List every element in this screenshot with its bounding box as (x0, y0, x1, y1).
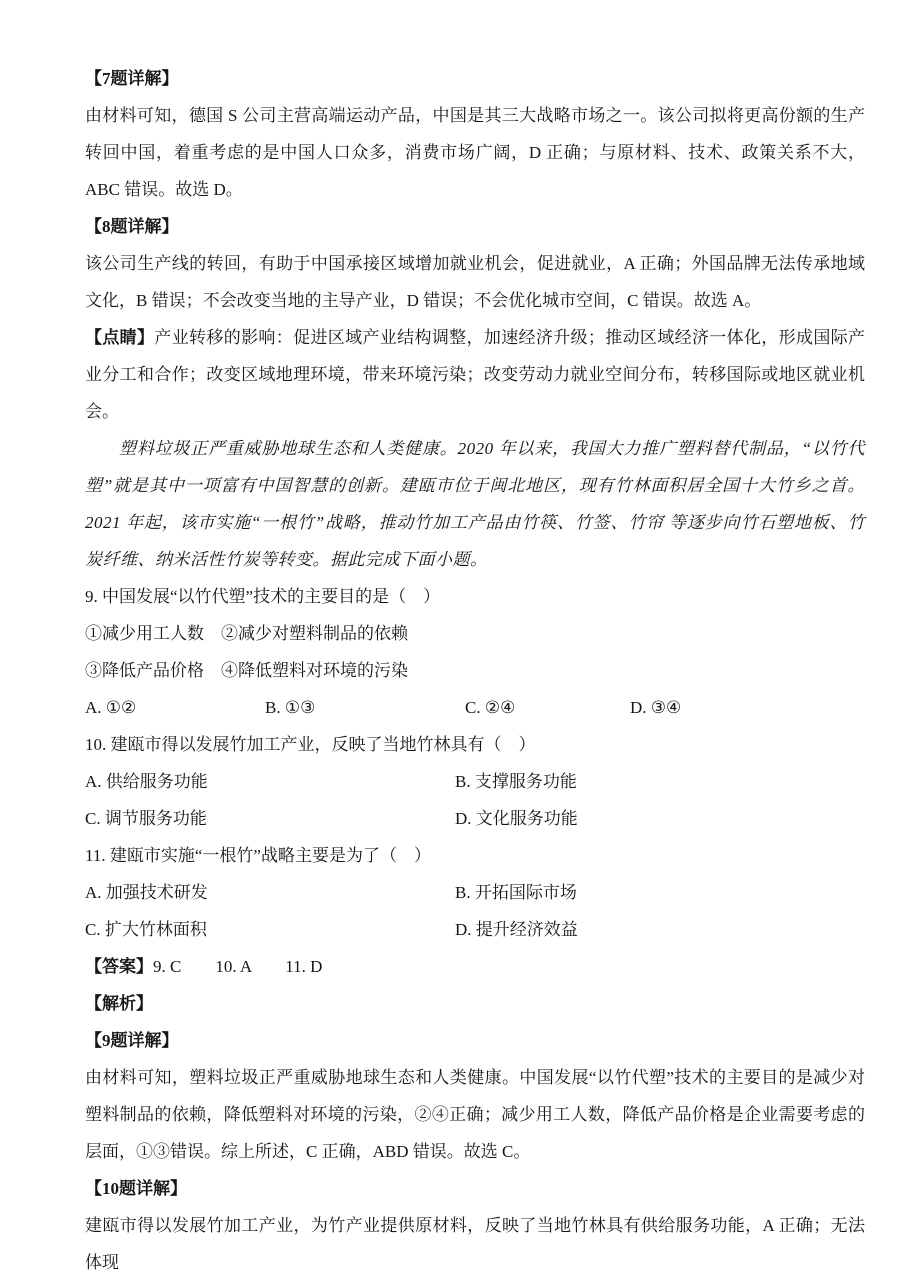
q11-option-c: C. 扩大竹林面积 (85, 911, 455, 948)
answer-line: 【答案】9. C 10. A 11. D (85, 948, 865, 985)
q10-explain-heading: 【10题详解】 (85, 1170, 865, 1207)
q9-options-row: A. ①②B. ①③C. ②④D. ③④ (85, 689, 865, 726)
q11-options-row-1: A. 加强技术研发B. 开拓国际市场 (85, 874, 865, 911)
q10-options-row-1: A. 供给服务功能B. 支撑服务功能 (85, 763, 865, 800)
q11-stem: 11. 建瓯市实施“一根竹”战略主要是为了（ ） (85, 837, 865, 874)
q11-options-row-2: C. 扩大竹林面积D. 提升经济效益 (85, 911, 865, 948)
exam-answer-page: 【7题详解】 由材料可知，德国 S 公司主营高端运动产品，中国是其三大战略市场之… (0, 0, 900, 1273)
q9-option-b: B. ①③ (265, 689, 465, 726)
q8-explain-heading: 【8题详解】 (85, 208, 865, 245)
q9-stem: 9. 中国发展“以竹代塑”技术的主要目的是（ ） (85, 578, 865, 615)
q7-explain-heading: 【7题详解】 (85, 60, 865, 97)
q10-explain-body: 建瓯市得以发展竹加工产业，为竹产业提供原材料，反映了当地竹林具有供给服务功能，A… (85, 1207, 865, 1273)
material-paragraph: 塑料垃圾正严重威胁地球生态和人类健康。2020 年以来，我国大力推广塑料替代制品… (85, 430, 865, 578)
dianjing-note: 【点睛】产业转移的影响：促进区域产业结构调整，加速经济升级；推动区域经济一体化，… (85, 319, 865, 430)
q9-subitems-line1: ①减少用工人数 ②减少对塑料制品的依赖 (85, 615, 865, 652)
q9-explain-heading: 【9题详解】 (85, 1022, 865, 1059)
dianjing-body: 产业转移的影响：促进区域产业结构调整，加速经济升级；推动区域经济一体化，形成国际… (85, 328, 865, 421)
q7-explain-body: 由材料可知，德国 S 公司主营高端运动产品，中国是其三大战略市场之一。该公司拟将… (85, 97, 865, 208)
answer-values: 9. C 10. A 11. D (153, 957, 322, 976)
q9-option-a: A. ①② (85, 689, 265, 726)
q10-option-a: A. 供给服务功能 (85, 763, 455, 800)
q8-explain-body: 该公司生产线的转回，有助于中国承接区域增加就业机会，促进就业，A 正确；外国品牌… (85, 245, 865, 319)
q10-stem: 10. 建瓯市得以发展竹加工产业，反映了当地竹林具有（ ） (85, 726, 865, 763)
answer-label: 【答案】 (85, 957, 153, 976)
q10-option-b: B. 支撑服务功能 (455, 772, 577, 791)
q11-option-d: D. 提升经济效益 (455, 920, 578, 939)
q9-explain-body: 由材料可知，塑料垃圾正严重威胁地球生态和人类健康。中国发展“以竹代塑”技术的主要… (85, 1059, 865, 1170)
q10-options-row-2: C. 调节服务功能D. 文化服务功能 (85, 800, 865, 837)
q9-option-c: C. ②④ (465, 689, 630, 726)
q11-option-a: A. 加强技术研发 (85, 874, 455, 911)
q10-option-c: C. 调节服务功能 (85, 800, 455, 837)
q10-option-d: D. 文化服务功能 (455, 809, 578, 828)
q11-option-b: B. 开拓国际市场 (455, 883, 577, 902)
dianjing-label: 【点睛】 (85, 328, 154, 347)
jiexi-heading: 【解析】 (85, 985, 865, 1022)
q9-option-d: D. ③④ (630, 689, 681, 726)
q9-subitems-line2: ③降低产品价格 ④降低塑料对环境的污染 (85, 652, 865, 689)
